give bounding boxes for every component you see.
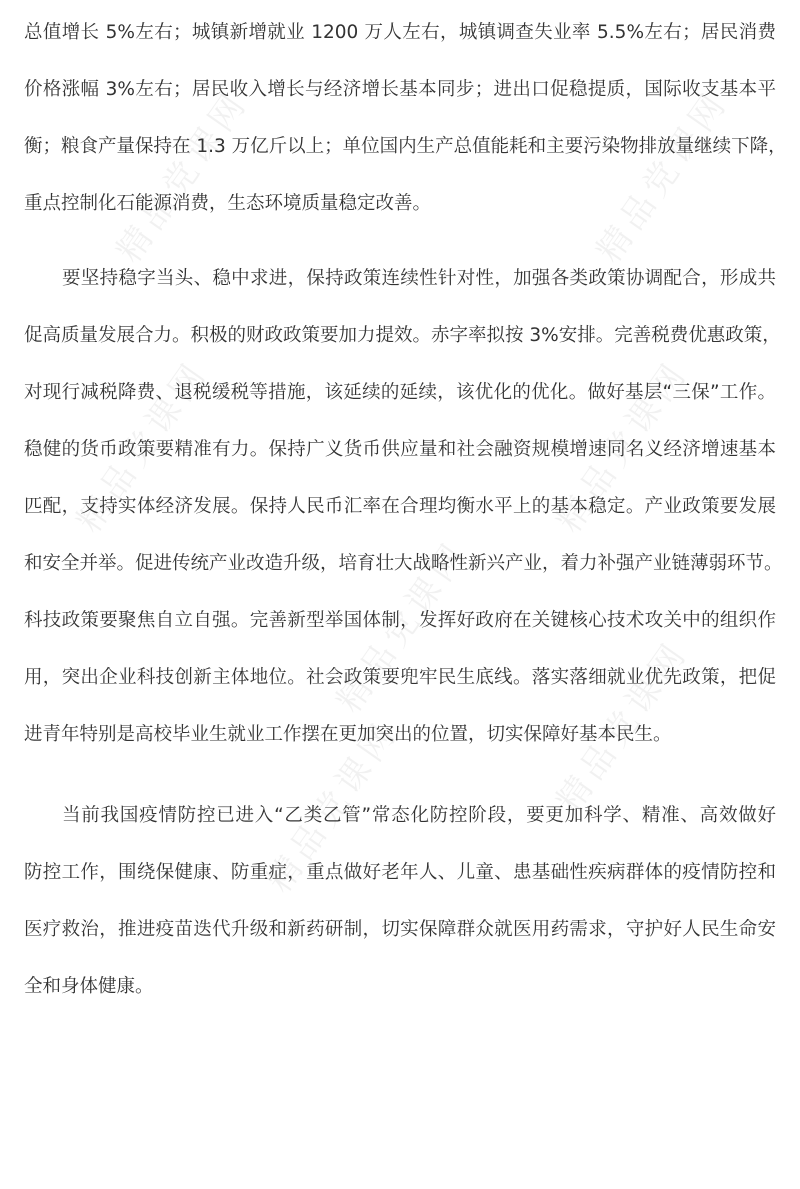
text-line: 稳健的货币政策要精准有力。保持广义货币供应量和社会融资规模增速同名义经济增速基本 xyxy=(24,421,776,478)
text-line: 重点控制化石能源消费，生态环境质量稳定改善。 xyxy=(24,175,776,232)
text-line: 价格涨幅 3%左右；居民收入增长与经济增长基本同步；进出口促稳提质，国际收支基本… xyxy=(24,61,776,118)
text-line: 总值增长 5%左右；城镇新增就业 1200 万人左右，城镇调查失业率 5.5%左… xyxy=(24,4,776,61)
text-line: 促高质量发展合力。积极的财政政策要加力提效。赤字率拟按 3%安排。完善税费优惠政… xyxy=(24,307,776,364)
text-line: 要坚持稳字当头、稳中求进，保持政策连续性针对性，加强各类政策协调配合，形成共 xyxy=(24,250,776,307)
text-line: 用，突出企业科技创新主体地位。社会政策要兜牢民生底线。落实落细就业优先政策，把促 xyxy=(24,649,776,706)
text-line: 全和身体健康。 xyxy=(24,958,776,1015)
text-line: 匹配，支持实体经济发展。保持人民币汇率在合理均衡水平上的基本稳定。产业政策要发展 xyxy=(24,478,776,535)
paragraph-economic-targets: 总值增长 5%左右；城镇新增就业 1200 万人左右，城镇调查失业率 5.5%左… xyxy=(24,4,776,232)
paragraph-policy: 要坚持稳字当头、稳中求进，保持政策连续性针对性，加强各类政策协调配合，形成共 促… xyxy=(24,250,776,763)
text-line: 进青年特别是高校毕业生就业工作摆在更加突出的位置，切实保障好基本民生。 xyxy=(24,706,776,763)
text-line: 医疗救治，推进疫苗迭代升级和新药研制，切实保障群众就医用药需求，守护好人民生命安 xyxy=(24,901,776,958)
paragraph-epidemic-control: 当前我国疫情防控已进入“乙类乙管”常态化防控阶段，要更加科学、精准、高效做好 防… xyxy=(24,787,776,1015)
text-line: 和安全并举。促进传统产业改造升级，培育壮大战略性新兴产业，着力补强产业链薄弱环节… xyxy=(24,535,776,592)
text-line: 科技政策要聚焦自立自强。完善新型举国体制，发挥好政府在关键核心技术攻关中的组织作 xyxy=(24,592,776,649)
text-line: 防控工作，围绕保健康、防重症，重点做好老年人、儿童、患基础性疾病群体的疫情防控和 xyxy=(24,844,776,901)
text-line: 当前我国疫情防控已进入“乙类乙管”常态化防控阶段，要更加科学、精准、高效做好 xyxy=(24,787,776,844)
text-line: 衡；粮食产量保持在 1.3 万亿斤以上；单位国内生产总值能耗和主要污染物排放量继… xyxy=(24,118,776,175)
text-line: 对现行减税降费、退税缓税等措施，该延续的延续，该优化的优化。做好基层“三保”工作… xyxy=(24,364,776,421)
